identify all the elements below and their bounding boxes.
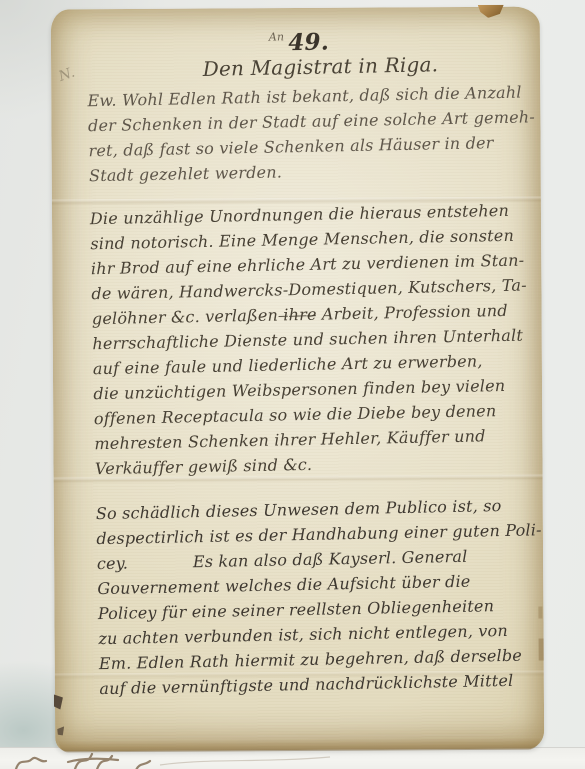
page-header: An49. Den Magistrat in Riga. [86,14,512,89]
paragraph-1: Ew. Wohl Edlen Rath ist bekant, daß sich… [87,80,514,189]
paragraph-3: So schädlich dieses Unwesen dem Publico … [96,493,525,701]
edge-damage-speck [538,607,542,619]
letter-body: N. An49. Den Magistrat in Riga. Ew. Wohl… [86,14,525,719]
manuscript-page: N. An49. Den Magistrat in Riga. Ew. Wohl… [51,7,545,752]
folio-prefix: An [269,30,285,43]
edge-damage-speck [539,639,544,661]
edge-damage-speck [57,726,64,735]
paragraph-2: Die unzählige Unordnungen die hieraus en… [90,198,520,481]
folio-number: 49. [288,28,329,56]
archival-margin-mark: N. [55,61,79,90]
edge-damage-speck [54,694,63,709]
